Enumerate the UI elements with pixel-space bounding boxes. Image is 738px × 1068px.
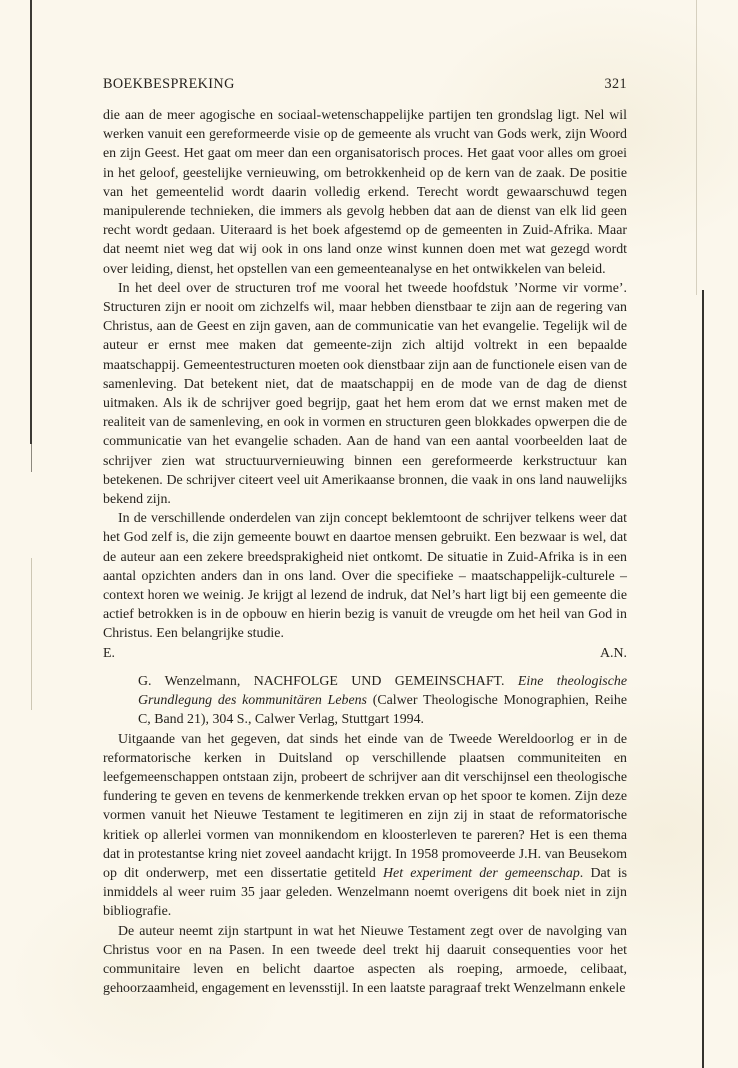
review1-paragraph-conclusion: In de verschillende onderdelen van zijn …: [103, 509, 627, 643]
reviewer-initials-right: A.N.: [600, 644, 627, 663]
review1-paragraph-structures: In het deel over de structuren trof me v…: [103, 279, 627, 509]
scanned-book-page: BOEKBESPREKING 321 die aan de meer agogi…: [0, 0, 738, 1068]
running-head-title: BOEKBESPREKING: [103, 76, 235, 93]
page-content: BOEKBESPREKING 321 die aan de meer agogi…: [103, 76, 627, 998]
review2-paragraph-structure: De auteur neemt zijn startpunt in wat he…: [103, 922, 627, 999]
scan-edge-artifact-left-faint: [31, 558, 32, 710]
reviewer-signature-row: E. A.N.: [103, 644, 627, 663]
review1-paragraph-continuation: die aan de meer agogische en sociaal-wet…: [103, 106, 627, 279]
reviewer-initial-left: E.: [103, 644, 115, 663]
running-head: BOEKBESPREKING 321: [103, 76, 627, 93]
page-number: 321: [605, 76, 627, 93]
review2-paragraph-intro: Uitgaande van het gegeven, dat sinds het…: [103, 730, 627, 922]
book-citation: G. Wenzelmann, NACHFOLGE UND GEMEINSCHAF…: [138, 672, 627, 730]
scan-edge-artifact-left-mid: [31, 444, 32, 472]
body-text: die aan de meer agogische en sociaal-wet…: [103, 106, 627, 998]
scan-edge-artifact-left-dark: [30, 0, 32, 444]
scan-edge-artifact-right-dark: [702, 290, 704, 1068]
scan-edge-artifact-right-faint: [696, 0, 697, 295]
